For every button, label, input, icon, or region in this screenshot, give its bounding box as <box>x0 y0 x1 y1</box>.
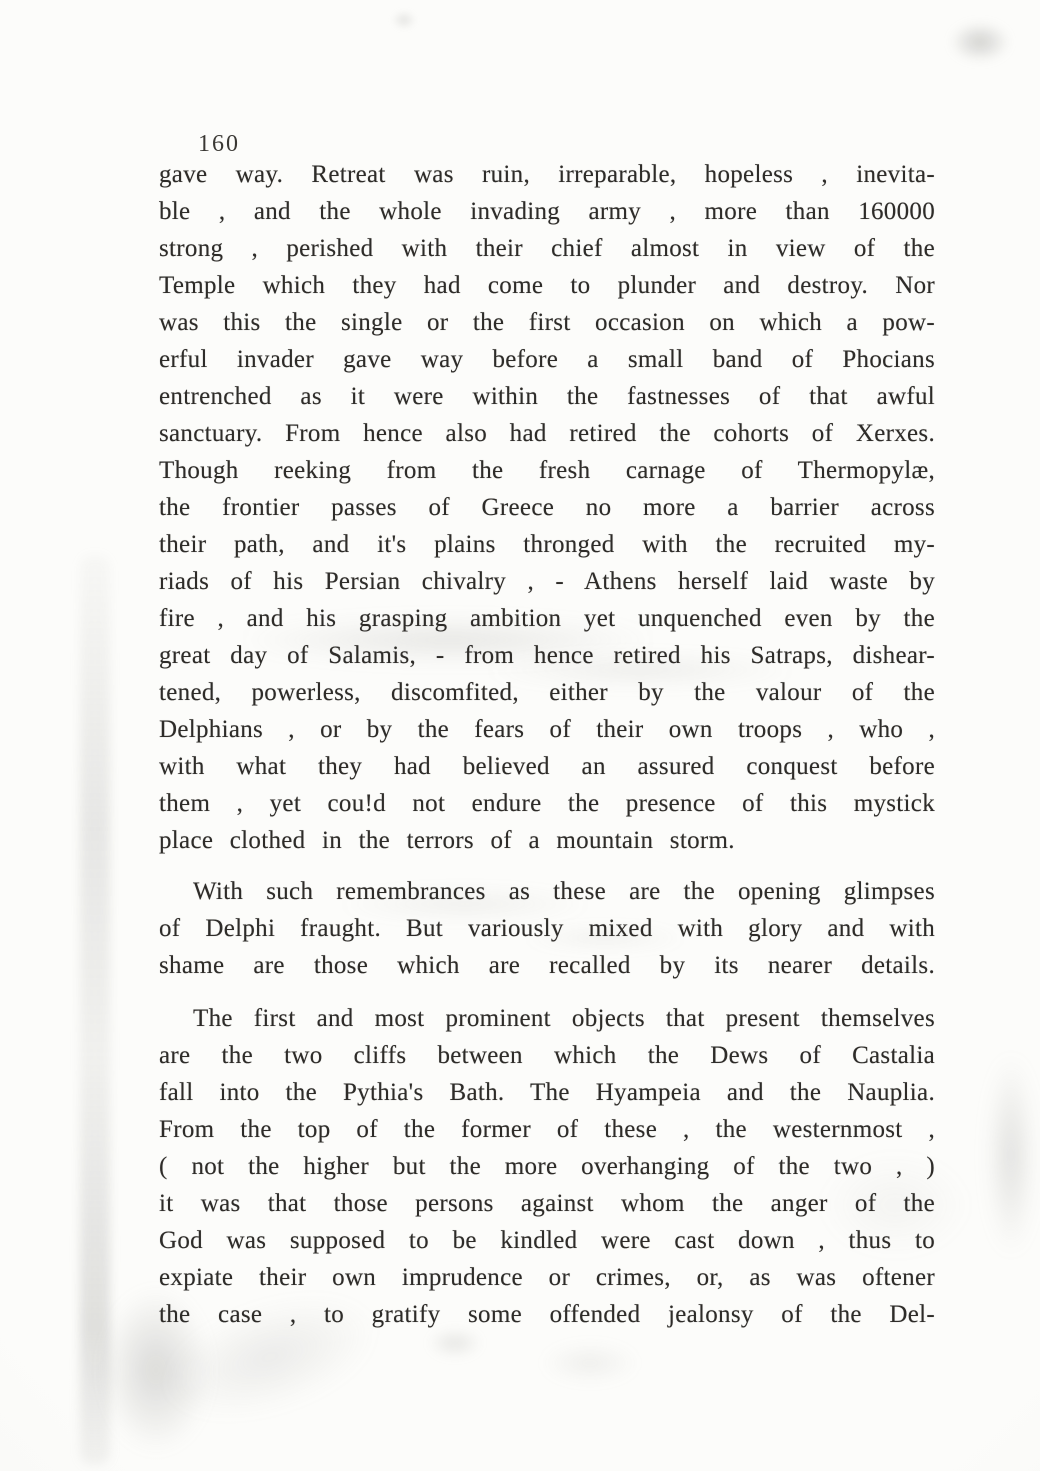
page-text: gave way. Retreat was ruin, irreparable,… <box>159 156 935 1333</box>
text-line: tened, powerless, discomfited, either by… <box>159 674 935 711</box>
text-line: fall into the Pythia's Bath. The Hyampei… <box>159 1074 935 1111</box>
text-line: entrenched as it were within the fastnes… <box>159 378 935 415</box>
text-line: gave way. Retreat was ruin, irreparable,… <box>159 156 935 193</box>
text-line: The first and most prominent objects tha… <box>159 1000 935 1037</box>
text-line: riads of his Persian chivalry , - Athens… <box>159 563 935 600</box>
text-line: with what they had believed an assured c… <box>159 748 935 785</box>
text-line: their path, and it's plains thronged wit… <box>159 526 935 563</box>
text-line: God was supposed to be kindled were cast… <box>159 1222 935 1259</box>
page-number: 160 <box>198 131 240 158</box>
paragraph: The first and most prominent objects tha… <box>159 1000 935 1333</box>
text-line: ble , and the whole invading army , more… <box>159 193 935 230</box>
text-line: the case , to gratify some offended jeal… <box>159 1296 935 1333</box>
scan-stain <box>80 555 110 1465</box>
text-line: fire , and his grasping ambition yet unq… <box>159 600 935 637</box>
text-line: From the top of the former of these , th… <box>159 1111 935 1148</box>
text-line: Temple which they had come to plunder an… <box>159 267 935 304</box>
paragraph: gave way. Retreat was ruin, irreparable,… <box>159 156 935 859</box>
scan-stain <box>525 1336 655 1390</box>
text-line: are the two cliffs between which the Dew… <box>159 1037 935 1074</box>
paragraph: With such remembrances as these are the … <box>159 873 935 984</box>
text-line: Delphians , or by the fears of their own… <box>159 711 935 748</box>
text-line: them , yet cou!d not endure the presence… <box>159 785 935 822</box>
scan-stain <box>982 1030 1040 1280</box>
text-line: strong , perished with their chief almos… <box>159 230 935 267</box>
text-line: place clothed in the terrors of a mounta… <box>159 822 935 859</box>
text-line: the frontier passes of Greece no more a … <box>159 489 935 526</box>
text-line: expiate their own imprudence or crimes, … <box>159 1259 935 1296</box>
text-line: sanctuary. From hence also had retired t… <box>159 415 935 452</box>
text-line: of Delphi fraught. But variously mixed w… <box>159 910 935 947</box>
text-line: Though reeking from the fresh carnage of… <box>159 452 935 489</box>
text-line: it was that those persons against whom t… <box>159 1185 935 1222</box>
scan-stain <box>386 6 422 34</box>
text-line: ( not the higher but the more overhangin… <box>159 1148 935 1185</box>
text-line: great day of Salamis, - from hence retir… <box>159 637 935 674</box>
scan-stain <box>938 14 1022 70</box>
scanned-book-page: 160 gave way. Retreat was ruin, irrepara… <box>0 0 1040 1471</box>
text-line: erful invader gave way before a small ba… <box>159 341 935 378</box>
text-line: was this the single or the first occasio… <box>159 304 935 341</box>
text-line: shame are those which are recalled by it… <box>159 947 935 984</box>
text-line: With such remembrances as these are the … <box>159 873 935 910</box>
